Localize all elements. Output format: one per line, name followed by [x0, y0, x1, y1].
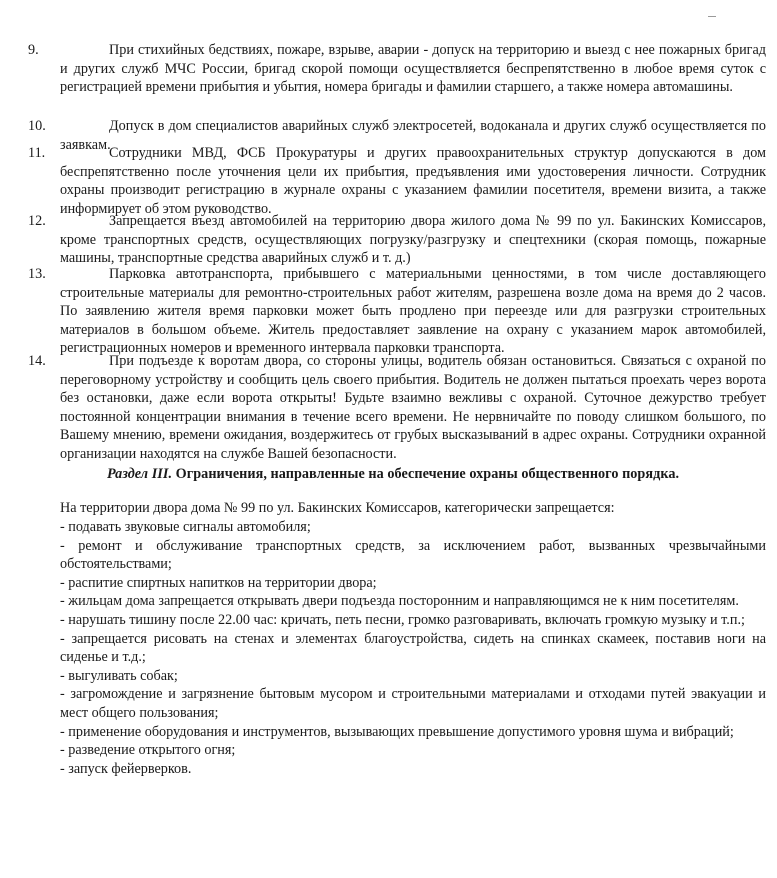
- document-page: 9. При стихийных бедствиях, пожаре, взры…: [0, 0, 777, 878]
- clause-text: При стихийных бедствиях, пожаре, взрыве,…: [60, 41, 766, 97]
- clause-14: 14. При подъезде к воротам двора, со сто…: [60, 352, 766, 464]
- list-item: - запуск фейерверков.: [60, 760, 766, 779]
- list-item: - нарушать тишину после 22.00 час: крича…: [60, 611, 766, 630]
- clause-number: 14.: [28, 352, 46, 371]
- prohibitions-list: - подавать звуковые сигналы автомобиля; …: [60, 518, 766, 778]
- section-intro: На территории двора дома № 99 по ул. Бак…: [60, 499, 615, 518]
- list-item: - применение оборудования и инструментов…: [60, 723, 766, 742]
- clause-9: 9. При стихийных бедствиях, пожаре, взры…: [60, 41, 766, 97]
- clause-12: 12. Запрещается въезд автомобилей на тер…: [60, 212, 766, 268]
- clause-13: 13. Парковка автотранспорта, прибывшего …: [60, 265, 766, 358]
- clause-text: При подъезде к воротам двора, со стороны…: [60, 352, 766, 464]
- section-label: Раздел III.: [107, 466, 172, 482]
- list-item: - жильцам дома запрещается открывать две…: [60, 592, 766, 611]
- list-item: - подавать звуковые сигналы автомобиля;: [60, 518, 766, 537]
- list-item: - загромождение и загрязнение бытовым му…: [60, 685, 766, 722]
- list-item: - ремонт и обслуживание транспортных сре…: [60, 537, 766, 574]
- list-item: - запрещается рисовать на стенах и элеме…: [60, 630, 766, 667]
- clause-number: 10.: [28, 117, 46, 136]
- scan-mark: [708, 16, 716, 17]
- section-heading: Раздел III. Ограничения, направленные на…: [107, 465, 679, 484]
- clause-number: 11.: [28, 144, 45, 163]
- list-item: - разведение открытого огня;: [60, 741, 766, 760]
- clause-text: Парковка автотранспорта, прибывшего с ма…: [60, 265, 766, 358]
- list-item: - выгуливать собак;: [60, 667, 766, 686]
- clause-number: 13.: [28, 265, 46, 284]
- clause-number: 12.: [28, 212, 46, 231]
- clause-number: 9.: [28, 41, 39, 60]
- list-item: - распитие спиртных напитков на территор…: [60, 574, 766, 593]
- clause-text: Запрещается въезд автомобилей на террито…: [60, 212, 766, 268]
- clause-text: Сотрудники МВД, ФСБ Прокуратуры и других…: [60, 144, 766, 218]
- section-title: Ограничения, направленные на обеспечение…: [176, 466, 679, 482]
- clause-11: 11. Сотрудники МВД, ФСБ Прокуратуры и др…: [60, 144, 766, 218]
